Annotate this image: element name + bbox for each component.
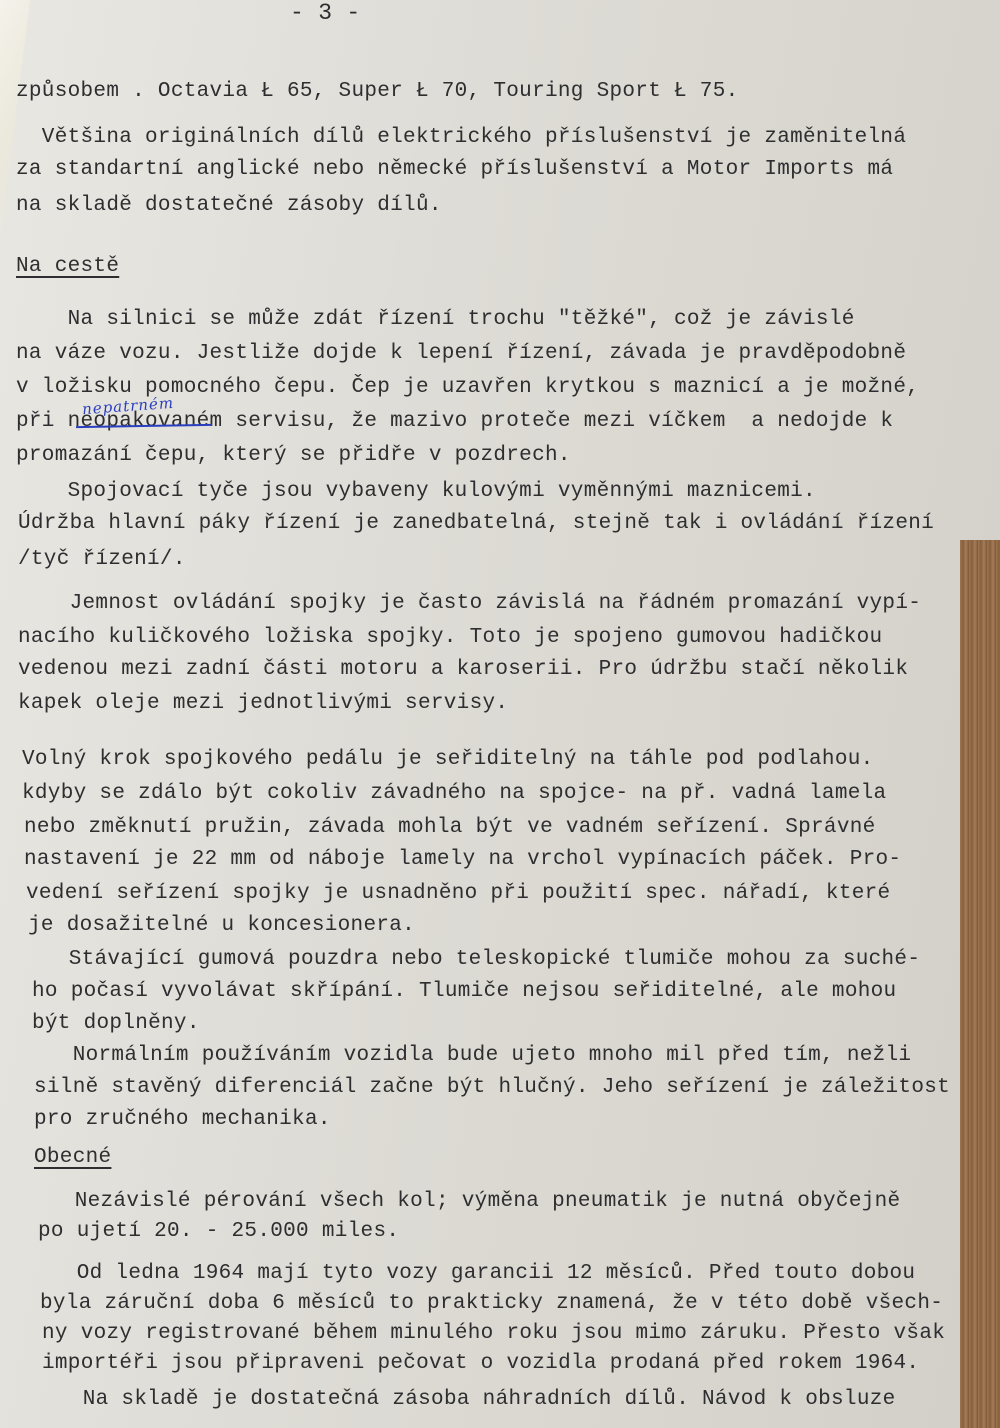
text-line: být doplněny.: [32, 1012, 200, 1035]
text-line: Většina originálních dílů elektrického p…: [16, 126, 906, 149]
text-line: způsobem . Octavia Ł 65, Super Ł 70, Tou…: [16, 80, 739, 103]
text-line: Volný krok spojkového pedálu je seřidite…: [22, 748, 874, 771]
text-line: za standartní anglické nebo německé přís…: [16, 158, 893, 181]
text-line: kapek oleje mezi jednotlivými servisy.: [18, 692, 508, 715]
text-line: /tyč řízení/.: [18, 548, 186, 571]
text-line: Jemnost ovládání spojky je často závislá…: [18, 592, 921, 615]
page-number: - 3 -: [290, 0, 361, 26]
section-heading: Obecné: [34, 1146, 111, 1169]
text-line: nacího kuličkového ložiska spojky. Toto …: [18, 626, 882, 649]
text-line: je dosažitelné u koncesionera.: [28, 914, 415, 937]
text-line: nastavení je 22 mm od náboje lamely na v…: [24, 848, 901, 871]
text-line: importéři jsou připraveni pečovat o vozi…: [42, 1352, 919, 1375]
text-line: Na silnici se může zdát řízení trochu "t…: [16, 308, 855, 331]
wooden-surface-edge: [960, 540, 1000, 1428]
text-line: Na skladě je dostatečná zásoba náhradníc…: [44, 1388, 896, 1411]
text-line: Spojovací tyče jsou vybaveny kulovými vy…: [16, 480, 816, 503]
text-line: silně stavěný diferenciál začne být hluč…: [34, 1076, 950, 1099]
text-line: Od ledna 1964 mají tyto vozy garancii 12…: [38, 1262, 915, 1285]
text-line: Stávající gumová pouzdra nebo teleskopic…: [30, 948, 920, 971]
text-line: promazání čepu, který se přidře v pozdre…: [16, 444, 571, 467]
text-line: vedení seřízení spojky je usnadněno při …: [26, 882, 890, 905]
text-line: na váze vozu. Jestliže dojde k lepení ří…: [16, 342, 906, 365]
text-line: ho počasí vyvolávat skřípání. Tlumiče ne…: [32, 980, 896, 1003]
section-heading: Na cestě: [16, 255, 119, 278]
text-line: pro zručného mechanika.: [34, 1108, 331, 1131]
text-line: ny vozy registrované během minulého roku…: [42, 1322, 945, 1345]
text-line: Údržba hlavní páky řízení je zanedbateln…: [18, 512, 934, 535]
text-line: byla záruční doba 6 měsíců to prakticky …: [40, 1292, 943, 1315]
text-line: kdyby se zdálo být cokoliv závadného na …: [22, 782, 886, 805]
text-line: nebo změknutí pružin, závada mohla být v…: [24, 816, 876, 839]
text-line: na skladě dostatečné zásoby dílů.: [16, 194, 442, 217]
text-line: po ujetí 20. - 25.000 miles.: [38, 1220, 399, 1243]
text-line: Normálním používáním vozidla bude ujeto …: [34, 1044, 911, 1067]
text-line: Nezávislé pérování všech kol; výměna pne…: [36, 1190, 900, 1213]
text-line: vedenou mezi zadní části motoru a karose…: [18, 658, 908, 681]
